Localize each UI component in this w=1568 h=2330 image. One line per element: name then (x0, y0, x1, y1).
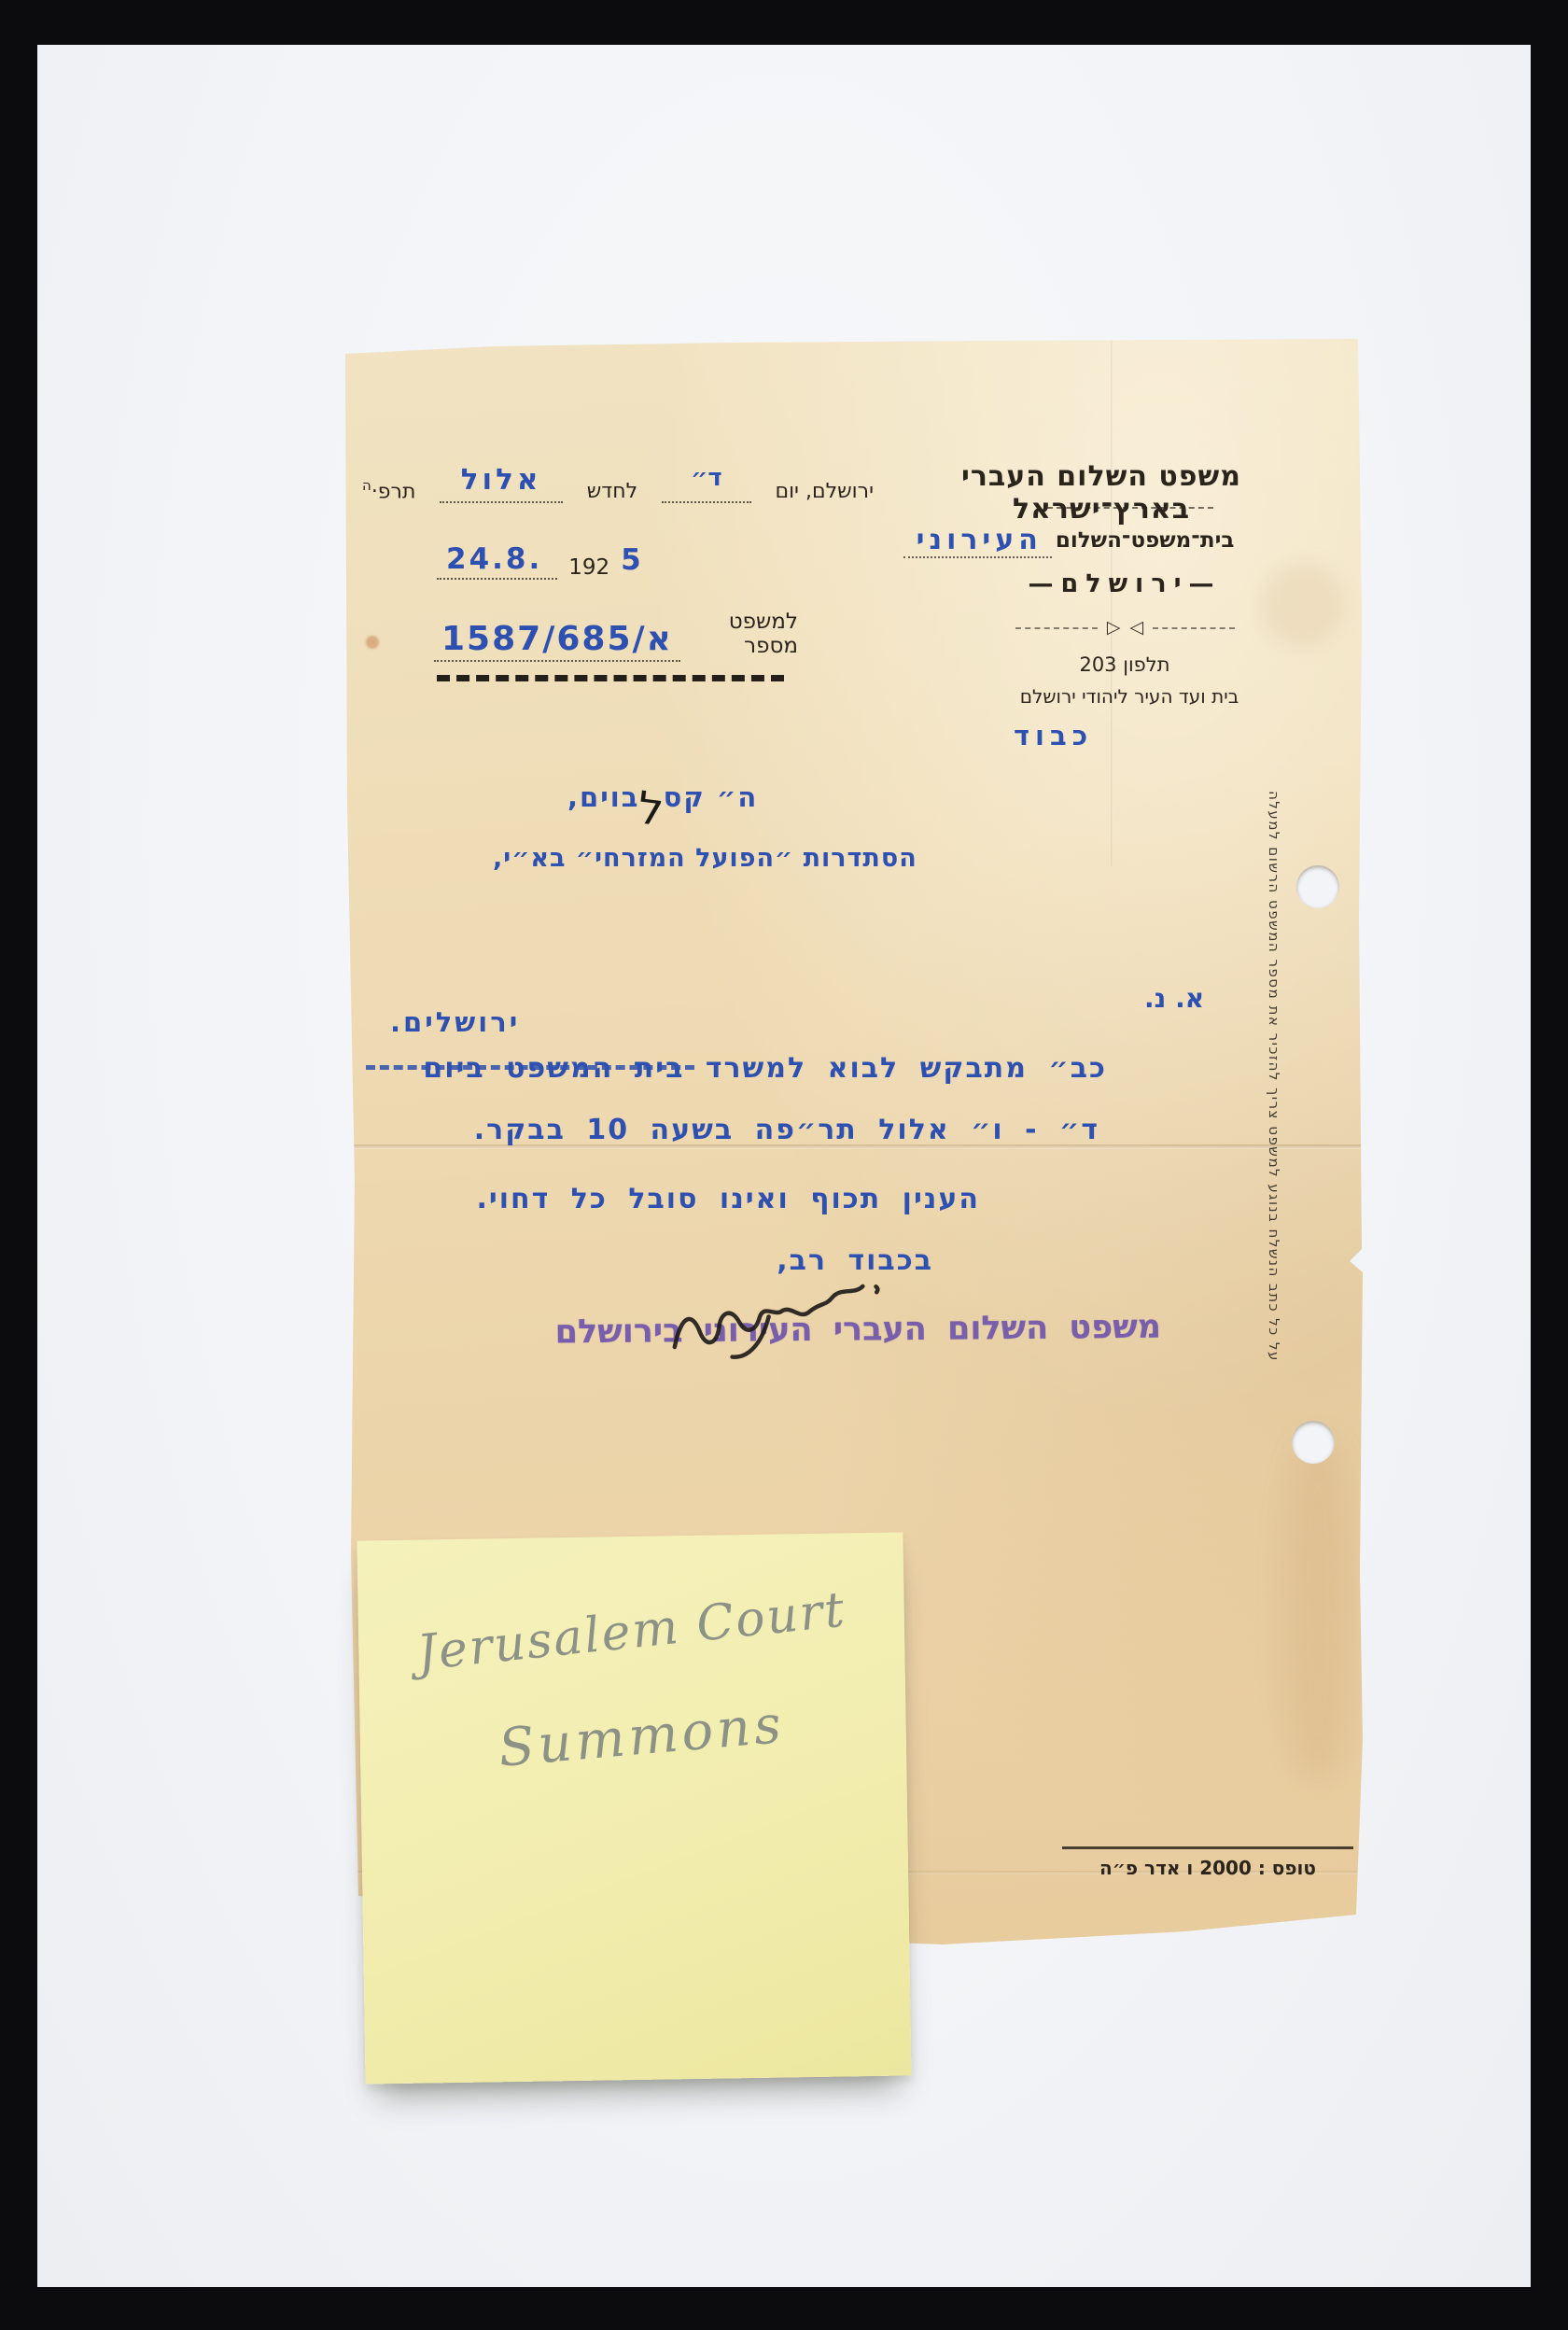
letterhead-phone: תלפון 203 (1031, 653, 1218, 676)
recipient-name-line: ה״ קס ל בוים, (567, 781, 758, 813)
handwritten-signature (654, 1258, 906, 1381)
divider-dash-line (1153, 627, 1235, 629)
date-line: ירושלם, יום ד״ לחדש אלול תרפ·ה (362, 468, 874, 503)
court-type-label: בית־משפט־השלום (1056, 528, 1235, 553)
ink-stain (366, 636, 379, 649)
photo-backdrop: משפט השלום העברי בארץ־ישראל בית־משפט־השל… (37, 45, 1531, 2287)
letterhead-city: —ירושלם— (985, 569, 1265, 598)
sticky-note-line2: Summons (497, 1694, 788, 1779)
form-number-footer: טופס : 2000 ו אדר פ״ה (1062, 1846, 1353, 1879)
recipient-name-typed-start: ה״ קס (664, 781, 759, 813)
letterhead-underline (1047, 507, 1213, 509)
civil-date-line: 24.8. 192 5 (437, 542, 679, 580)
age-stain-right (1283, 1440, 1353, 1776)
recipient-honorific: כבוד (1014, 720, 1093, 751)
body-urgency-line: הענין תכוף ואינו סובל כל דחוי. (477, 1183, 980, 1215)
court-type-typed-fill: העירוני (903, 524, 1052, 558)
sticky-note-line1: Jerusalem Court (414, 1581, 848, 1681)
punch-hole-bottom (1292, 1421, 1335, 1464)
triangle-left-icon: ◁ (1130, 619, 1144, 637)
hebrew-year-superscript: ה (362, 477, 371, 494)
handwritten-correction-letter: ל (638, 807, 665, 811)
printed-year-prefix: 192 (568, 555, 609, 580)
letterhead-court-name: משפט השלום העברי בארץ־ישראל (905, 460, 1297, 526)
rotated-margin-note: על כל כתב הנשלח בנוגע למשפט צריך להזכיר … (1257, 768, 1291, 1384)
month-blank: אלול (440, 468, 563, 503)
photo-frame: משפט השלום העברי בארץ־ישראל בית־משפט־השל… (0, 0, 1568, 2330)
letterhead-court-type-row: בית־משפט־השלום העירוני (896, 518, 1241, 553)
typed-year-digit: 5 (621, 543, 641, 577)
recipient-city: ירושלים. (390, 1006, 520, 1038)
day-blank: ד״ (662, 473, 751, 503)
typed-date-value: 24.8. (437, 542, 557, 580)
hebrew-year-base: תרפ· (371, 480, 416, 503)
case-number-value: 1587/685/א (434, 620, 680, 662)
hebrew-year: תרפ·ה (362, 477, 415, 503)
age-stain-top (1260, 563, 1344, 647)
month-typed-value: אלול (461, 463, 542, 497)
case-number-heavy-underline (437, 675, 784, 681)
recipient-organization: הסתדרות ״הפועל המזרחי״ בא״י, (493, 844, 917, 873)
body-request-line: כב״ מתבקש לבוא למשרד בית המשפט ביום (423, 1052, 1107, 1085)
case-number-label: למשפט מספר (690, 610, 798, 658)
yellow-sticky-note: Jerusalem Court Summons (357, 1532, 911, 2084)
case-number-line: למשפט מספר 1587/685/א (434, 610, 798, 658)
vertical-fold-crease (1111, 339, 1113, 866)
triangle-right-icon: ▷ (1107, 619, 1121, 637)
punch-hole-top (1296, 865, 1339, 908)
salutation: א. נ. (1144, 983, 1204, 1014)
month-label: לחדש (587, 480, 637, 503)
date-city-label: ירושלם, יום (775, 480, 874, 503)
body-hearing-date-line: ד״ - ו״ אלול תר״פה בשעה 10 בבקר. (474, 1114, 1099, 1146)
letterhead-committee: בית ועד העיר ליהודי ירושלם (989, 685, 1269, 708)
letterhead-divider: ◁ ▷ (987, 619, 1263, 637)
recipient-name-typed-end: בוים, (567, 781, 639, 813)
divider-dash-line (1015, 627, 1098, 629)
day-typed-value: ד״ (691, 464, 722, 492)
